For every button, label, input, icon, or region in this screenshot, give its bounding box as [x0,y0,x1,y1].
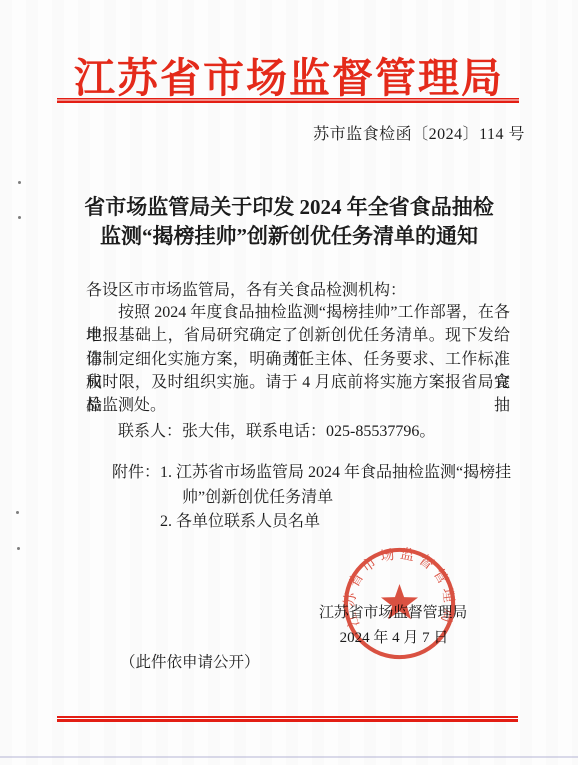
scan-edge-line [0,756,578,758]
document-title-line2: 监测“揭榜挂帅”创新创优任务清单的通知 [59,222,519,251]
body-paragraph: 按照 2024 年度食品抽检监测“揭榜挂帅”工作部署，在各地 申报基础上，省局研… [86,301,510,417]
document-title-line1: 省市场监管局关于印发 2024 年全省食品抽检 [59,193,519,222]
public-disclosure-note: （此件依申请公开） [120,650,260,672]
attachment-line-1: 附件：1. 江苏省市场监管局 2024 年食品抽检监测“揭榜挂 [112,459,511,482]
scan-speck [16,511,19,514]
body-line: 按照 2024 年度食品抽检监测“揭榜挂帅”工作部署，在各地 [86,301,510,324]
body-line: 请制定细化实施方案，明确责任主体、任务要求、工作标准和完 [86,348,510,371]
scan-speck [18,216,21,219]
official-seal: 江苏省市场监督管理局 [341,545,458,662]
header-agency-title: 江苏省市场监督管理局 [0,45,578,104]
body-line: 申报基础上，省局研究确定了创新创优任务清单。现下发给你们， [86,324,510,347]
attachment-line-2: 帅”创新创优任务清单 [182,484,333,507]
body-line: 成时限，及时组织实施。请于 4 月底前将实施方案报省局食品抽 [86,371,510,394]
doc-number: 苏市监食检函〔2024〕114 号 [313,121,525,144]
salutation: 各设区市市场监管局，各有关食品检测机构： [86,277,406,300]
header-divider [57,98,519,103]
contact-line: 联系人：张大伟，联系电话：025-85537796。 [118,418,435,441]
scan-speck [17,547,20,550]
document-title: 省市场监管局关于印发 2024 年全省食品抽检 监测“揭榜挂帅”创新创优任务清单… [59,193,519,251]
document-page: 江苏省市场监督管理局 苏市监食检函〔2024〕114 号 省市场监管局关于印发 … [0,0,578,765]
attachment-item-2: 2. 各单位联系人员名单 [160,508,320,531]
scan-speck [18,181,21,184]
seal-star-icon [381,584,418,619]
footer-divider [57,716,518,722]
